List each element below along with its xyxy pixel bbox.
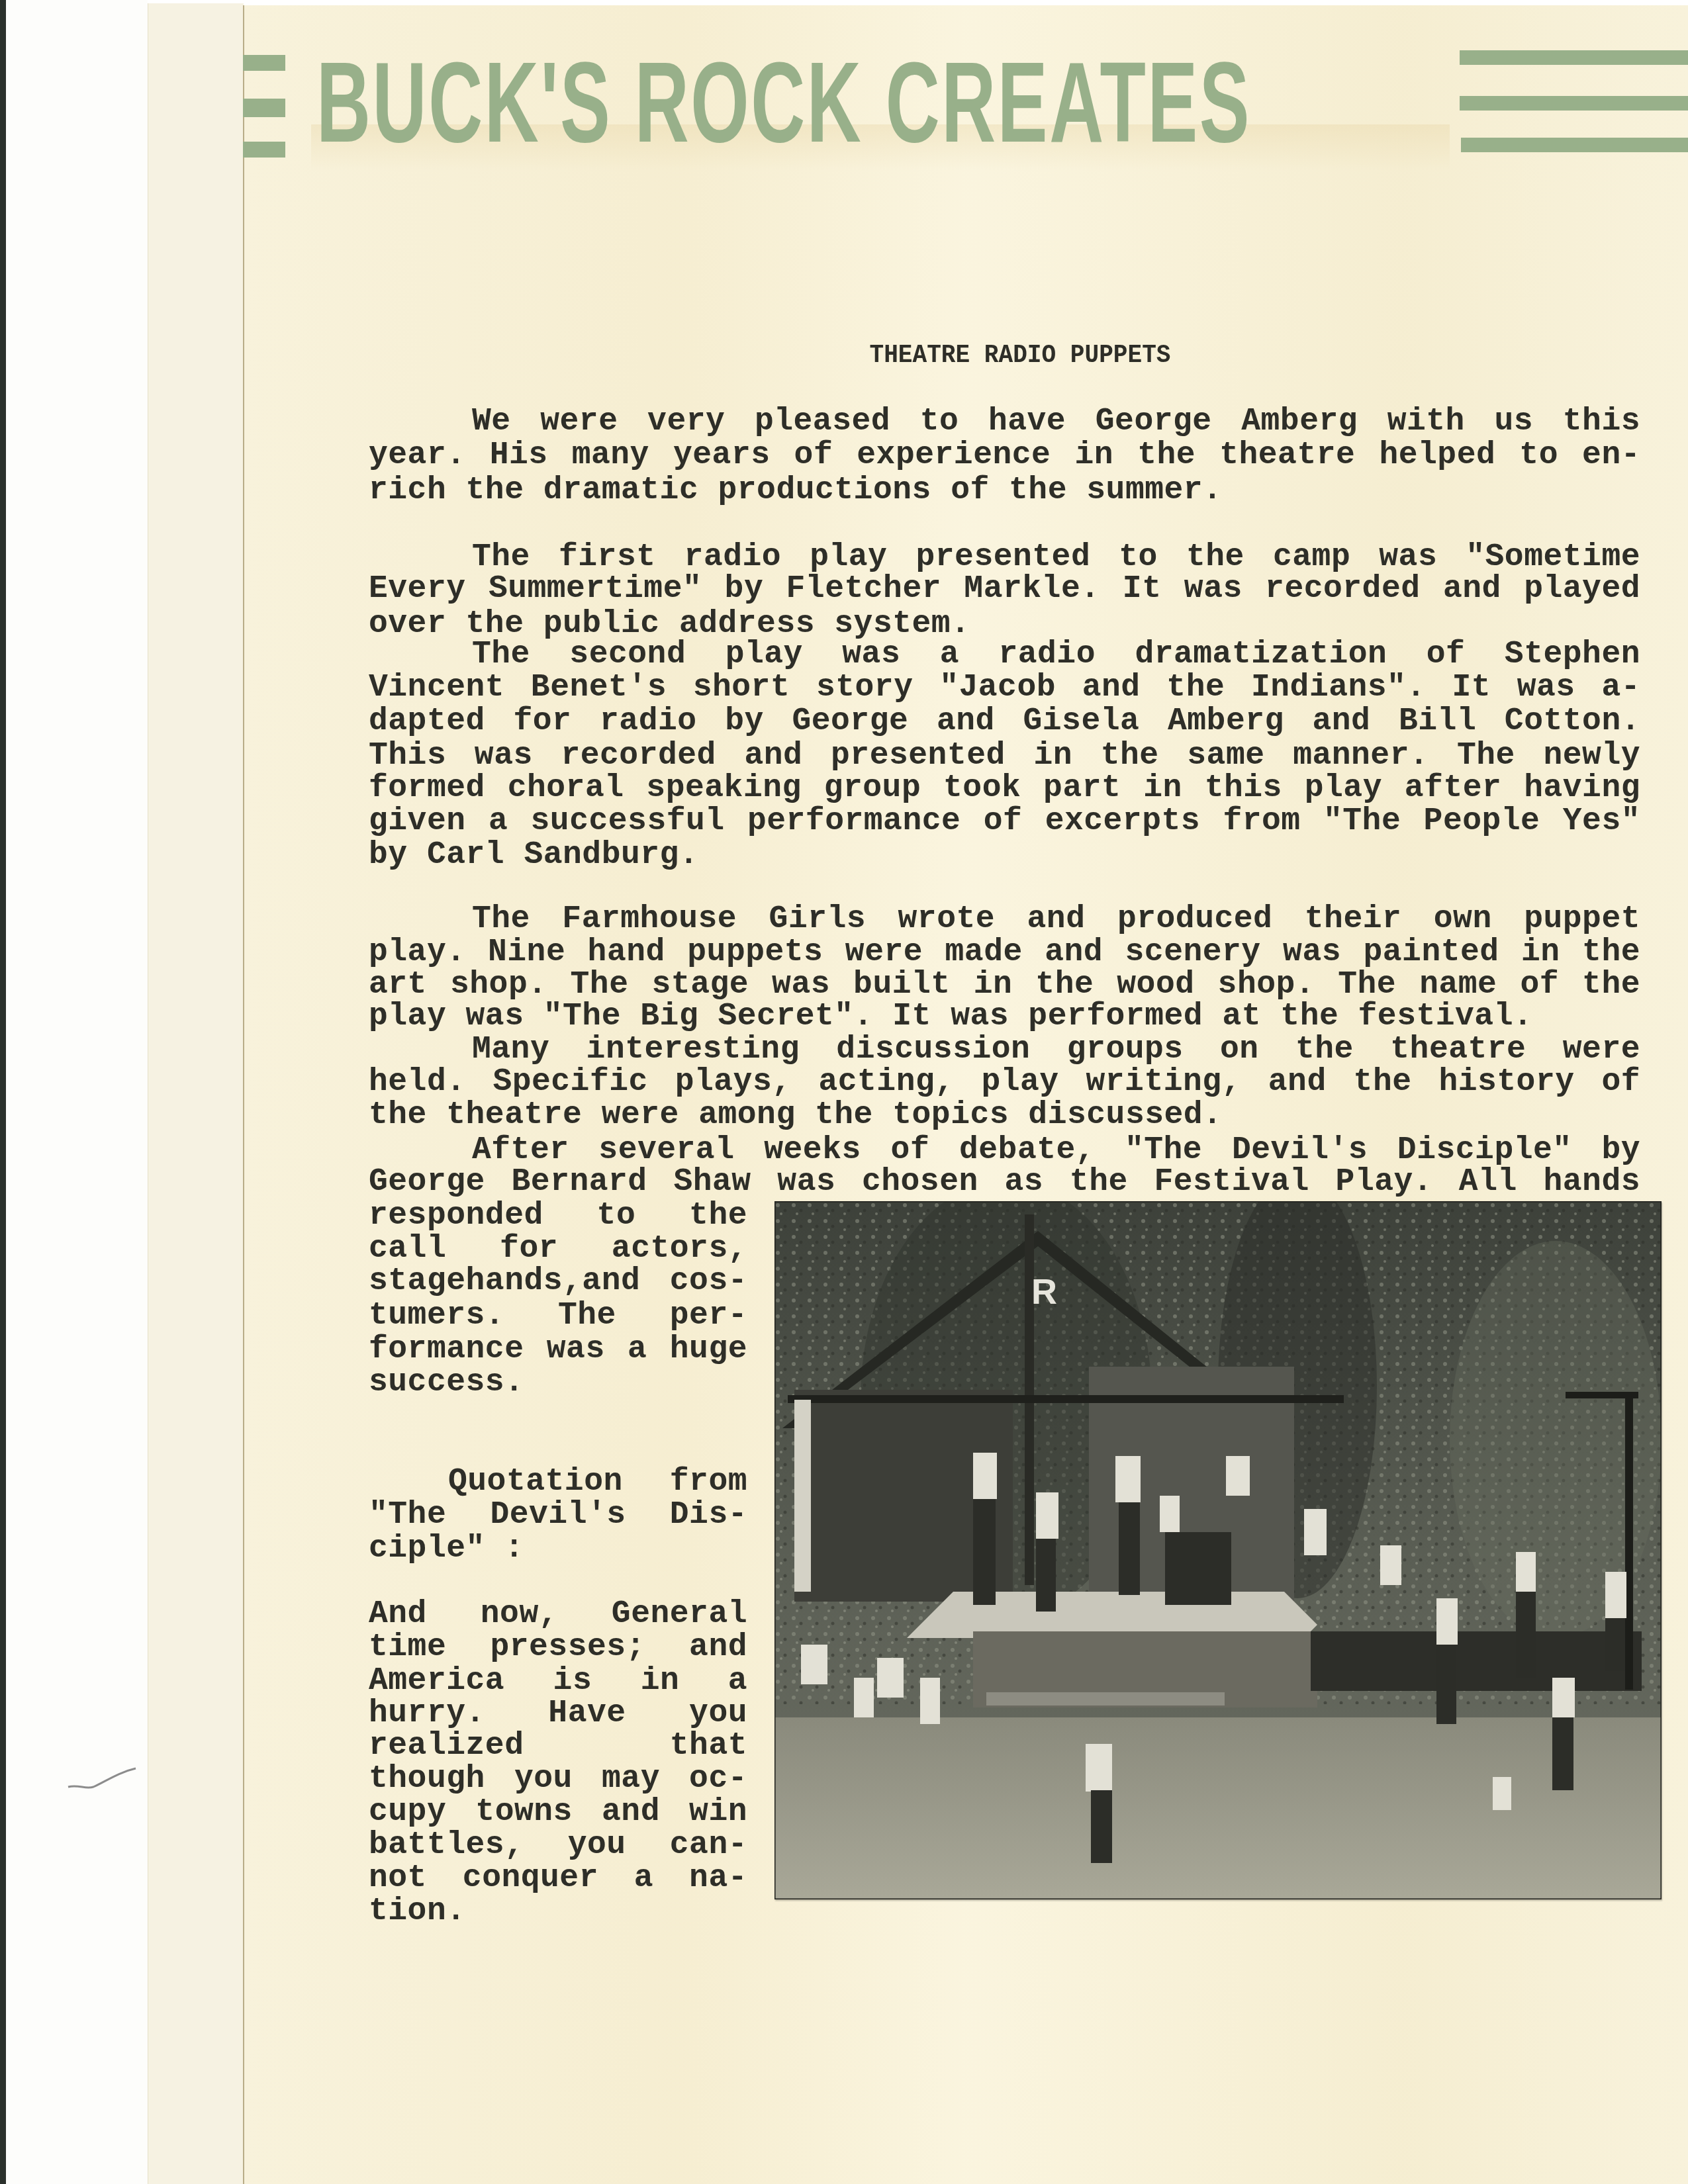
quotation-line: cupy towns and win (369, 1796, 747, 1829)
text-line: stagehands,and cos- (369, 1265, 747, 1298)
svg-text:R: R (1031, 1272, 1057, 1312)
text-line: We were very pleased to have George Ambe… (369, 405, 1640, 438)
text-line: formed choral speaking group took part i… (369, 772, 1640, 805)
page-title: BUCK'S ROCK CREATES (316, 46, 1059, 159)
text-line: The Farmhouse Girls wrote and produced t… (369, 903, 1640, 936)
right-bar-3 (1461, 138, 1688, 152)
text-line: This was recorded and presented in the s… (369, 739, 1640, 772)
scan-edge (0, 0, 6, 2184)
text-line: play was "The Big Secret". It was perfor… (369, 1000, 1640, 1033)
text-line: George Bernard Shaw was chosen as the Fe… (369, 1165, 1640, 1199)
scan-margin (6, 0, 148, 2184)
stage-photograph: R (774, 1201, 1662, 1899)
text-line: over the public address system. (369, 608, 1640, 641)
text-line: call for actors, (369, 1232, 747, 1265)
text-line: Many interesting discussion groups on th… (369, 1033, 1640, 1066)
binding-strip (148, 3, 244, 2184)
right-bar-1 (1460, 50, 1688, 65)
text-line: formance was a huge (369, 1333, 747, 1366)
quotation-line: time presses; and (369, 1631, 747, 1664)
text-line: Every Summertime" by Fletcher Markle. It… (369, 572, 1640, 606)
left-bar-3 (243, 142, 285, 158)
quotation-line: realized that (369, 1729, 747, 1762)
text-line: by Carl Sandburg. (369, 839, 1640, 872)
quotation-line: hurry. Have you (369, 1697, 747, 1730)
text-line: rich the dramatic productions of the sum… (369, 474, 1640, 507)
pencil-mark-icon (66, 1760, 138, 1794)
text-line: dapted for radio by George and Gisela Am… (369, 705, 1640, 738)
article-heading: THEATRE RADIO PUPPETS (819, 340, 1221, 373)
text-line: play. Nine hand puppets were made and sc… (369, 936, 1640, 969)
text-line: responded to the (369, 1199, 747, 1232)
quotation-intro: Quotation from (369, 1465, 747, 1498)
photo-image: R (774, 1201, 1662, 1899)
quotation-line: And now, General (369, 1598, 747, 1631)
quotation-line: though you may oc- (369, 1762, 747, 1796)
text-line: success. (369, 1366, 747, 1399)
quotation-line: battles, you can- (369, 1829, 747, 1862)
quotation-intro: ciple" : (369, 1532, 747, 1565)
text-line: the theatre were among the topics discus… (369, 1099, 1640, 1132)
right-bar-2 (1460, 96, 1688, 111)
text-line: art shop. The stage was built in the woo… (369, 968, 1640, 1001)
text-line: held. Specific plays, acting, play writi… (369, 1066, 1640, 1099)
text-line: Vincent Benet's short story "Jacob and t… (369, 671, 1640, 704)
text-line: given a successful performance of excerp… (369, 805, 1640, 838)
left-bar-1 (243, 55, 285, 71)
text-line: After several weeks of debate, "The Devi… (369, 1134, 1640, 1167)
left-bar-2 (243, 99, 285, 117)
quotation-line: tion. (369, 1895, 747, 1928)
quotation-intro: "The Devil's Dis- (369, 1498, 747, 1531)
quotation-line: America is in a (369, 1664, 747, 1698)
text-line: tumers. The per- (369, 1299, 747, 1332)
text-line: year. His many years of experience in th… (369, 439, 1640, 472)
text-line: The first radio play presented to the ca… (369, 541, 1640, 574)
quotation-line: not conquer a na- (369, 1862, 747, 1895)
text-line: The second play was a radio dramatizatio… (369, 638, 1640, 671)
